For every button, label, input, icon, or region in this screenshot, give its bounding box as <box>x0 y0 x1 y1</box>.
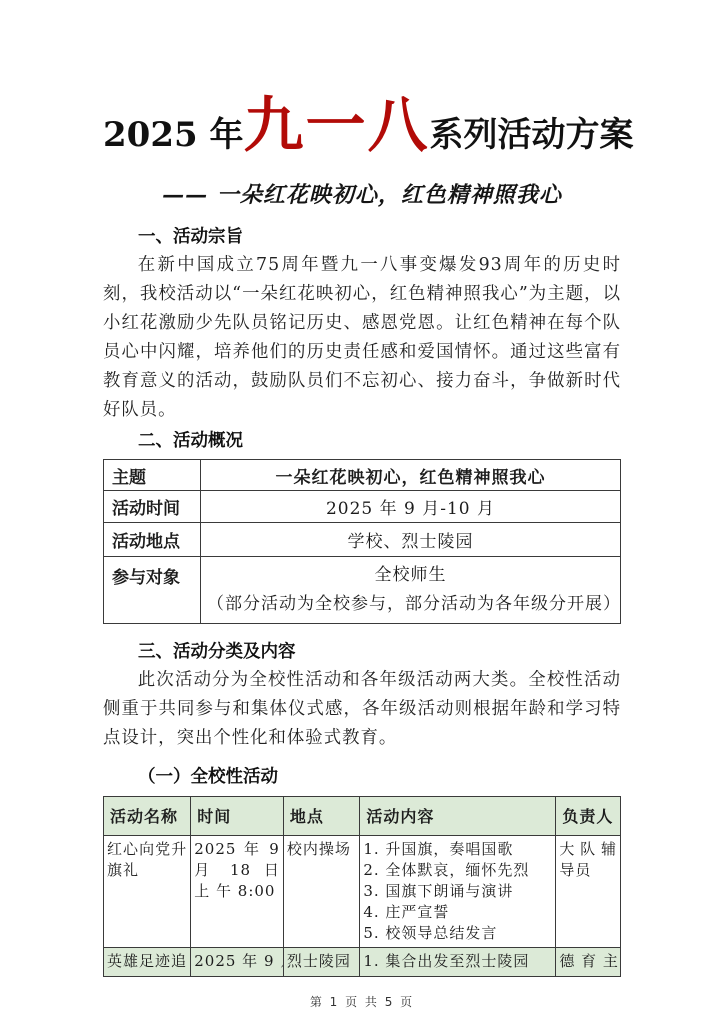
activities-table: 活动名称 时间 地点 活动内容 负责人 红心向党升旗礼 2025 年 9 月 1… <box>103 796 621 977</box>
activity-owner: 大队辅导员 <box>556 836 621 948</box>
overview-label-place: 活动地点 <box>104 523 201 557</box>
participants-main: 全校师生 <box>207 561 614 590</box>
overview-value-time: 2025 年 9 月-10 月 <box>201 491 621 523</box>
overview-table: 主题 一朵红花映初心，红色精神照我心 活动时间 2025 年 9 月-10 月 … <box>103 459 621 624</box>
content-item: 3. 国旗下朗诵与演讲 <box>363 881 552 902</box>
document-title: 2025 年九一八系列活动方案 <box>103 96 621 156</box>
col-header-content: 活动内容 <box>360 797 556 836</box>
section-heading-overview: 二、活动概况 <box>103 427 621 455</box>
activity-time: 2025 年 9 月 18 日 上 午 8:00 <box>191 836 284 948</box>
activity-owner: 德 育 主 <box>556 948 621 977</box>
content-item: 1. 升国旗，奏唱国歌 <box>363 839 552 860</box>
activity-name: 英雄足迹追 <box>104 948 191 977</box>
content-item: 5. 校领导总结发言 <box>363 923 552 944</box>
classification-paragraph: 此次活动分为全校性活动和各年级活动两大类。全校性活动侧重于共同参与和集体仪式感，… <box>103 666 621 753</box>
section-heading-purpose: 一、活动宗旨 <box>103 223 621 251</box>
document-subtitle: —— 一朵红花映初心，红色精神照我心 <box>103 178 621 209</box>
content-item: 4. 庄严宣誓 <box>363 902 552 923</box>
overview-label-participants: 参与对象 <box>104 557 201 624</box>
content-item: 1. 集合出发至烈士陵园 <box>363 951 552 972</box>
col-header-activity-name: 活动名称 <box>104 797 191 836</box>
content-item: 2. 全体默哀，缅怀先烈 <box>363 860 552 881</box>
col-header-time: 时间 <box>191 797 284 836</box>
subsection-heading-schoolwide: （一）全校性活动 <box>103 763 621 791</box>
overview-label-time: 活动时间 <box>104 491 201 523</box>
page-number-footer: 第 1 页 共 5 页 <box>103 993 621 1010</box>
activity-place: 烈士陵园 <box>283 948 359 977</box>
col-header-owner: 负责人 <box>556 797 621 836</box>
table-row: 英雄足迹追 2025 年 9 月 烈士陵园 1. 集合出发至烈士陵园 德 育 主 <box>104 948 621 977</box>
col-header-place: 地点 <box>283 797 359 836</box>
overview-value-place: 学校、烈士陵园 <box>201 523 621 557</box>
participants-note: （部分活动为全校参与，部分活动为各年级分开展） <box>207 590 614 619</box>
document-page: 2025 年九一八系列活动方案 —— 一朵红花映初心，红色精神照我心 一、活动宗… <box>0 0 724 1024</box>
purpose-paragraph: 在新中国成立75周年暨九一八事变爆发93周年的历史时刻，我校活动以“一朵红花映初… <box>103 251 621 425</box>
table-row: 参与对象 全校师生 （部分活动为全校参与，部分活动为各年级分开展） <box>104 557 621 624</box>
overview-value-participants: 全校师生 （部分活动为全校参与，部分活动为各年级分开展） <box>201 557 621 624</box>
activity-content: 1. 集合出发至烈士陵园 <box>360 948 556 977</box>
activity-time: 2025 年 9 月 <box>191 948 284 977</box>
title-highlight-918: 九一八 <box>243 91 429 161</box>
overview-label-theme: 主题 <box>104 460 201 491</box>
table-row: 主题 一朵红花映初心，红色精神照我心 <box>104 460 621 491</box>
section-heading-classification: 三、活动分类及内容 <box>103 638 621 666</box>
overview-value-theme: 一朵红花映初心，红色精神照我心 <box>201 460 621 491</box>
table-row: 活动地点 学校、烈士陵园 <box>104 523 621 557</box>
table-row: 活动时间 2025 年 9 月-10 月 <box>104 491 621 523</box>
title-year: 2025 年 <box>103 115 243 155</box>
activity-place: 校内操场 <box>283 836 359 948</box>
table-row: 红心向党升旗礼 2025 年 9 月 18 日 上 午 8:00 校内操场 1.… <box>104 836 621 948</box>
activities-header-row: 活动名称 时间 地点 活动内容 负责人 <box>104 797 621 836</box>
activity-content: 1. 升国旗，奏唱国歌 2. 全体默哀，缅怀先烈 3. 国旗下朗诵与演讲 4. … <box>360 836 556 948</box>
title-suffix: 系列活动方案 <box>429 115 633 155</box>
activity-name: 红心向党升旗礼 <box>104 836 191 948</box>
